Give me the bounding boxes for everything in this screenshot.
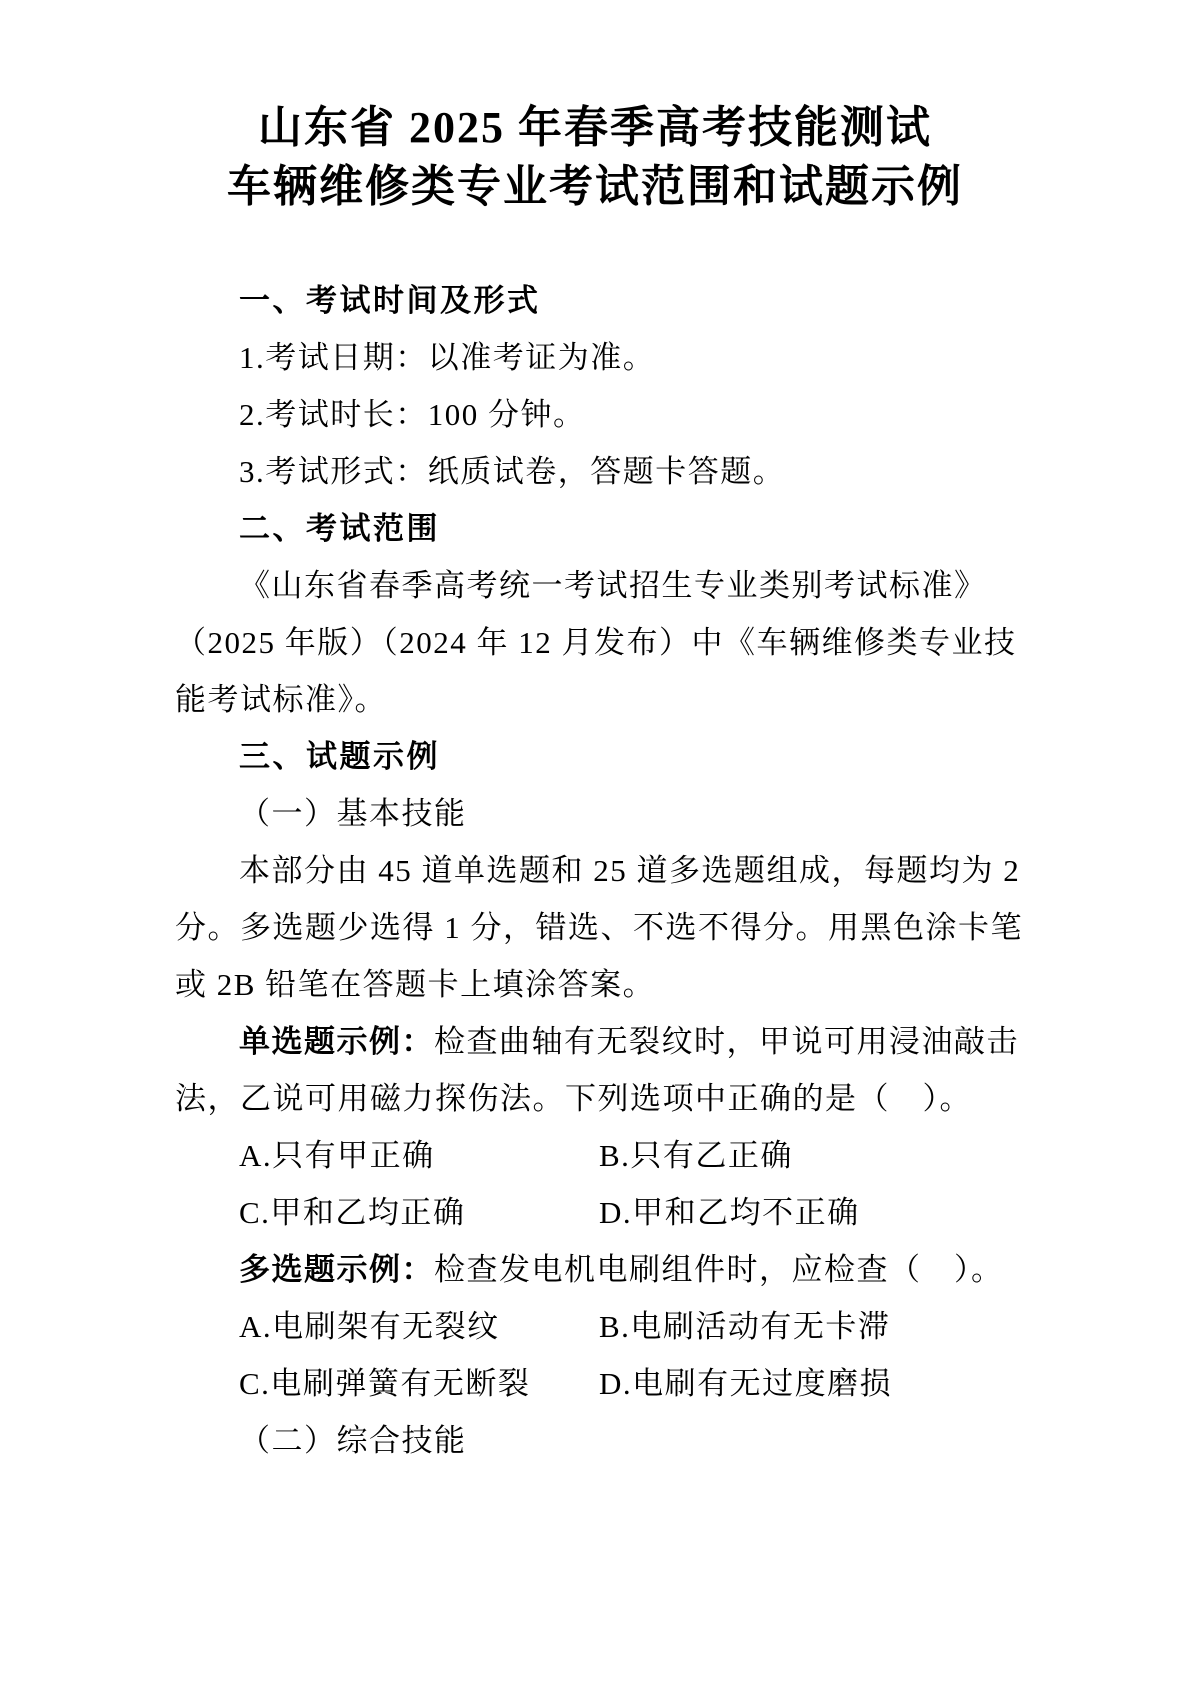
single-choice-option-c: C.甲和乙均正确 [239, 1184, 599, 1241]
section-heading-sample-questions: 三、试题示例 [175, 728, 980, 785]
single-choice-question-line-2: 法，乙说可用磁力探伤法。下列选项中正确的是（ ）。 [175, 1070, 980, 1127]
part-basic-heading: （一）基本技能 [175, 785, 980, 842]
multi-choice-options: A.电刷架有无裂纹 B.电刷活动有无卡滞 C.电刷弹簧有无断裂 D.电刷有无过度… [175, 1298, 980, 1412]
basic-intro-line-2: 分。多选题少选得 1 分，错选、不选不得分。用黑色涂卡笔 [175, 899, 980, 956]
multi-choice-option-d: D.电刷有无过度磨损 [599, 1355, 980, 1412]
single-choice-option-d: D.甲和乙均不正确 [599, 1184, 980, 1241]
document-page: 山东省 2025 年春季高考技能测试 车辆维修类专业考试范围和试题示例 一、考试… [0, 0, 1190, 1683]
exam-scope-line-2: （2025 年版）（2024 年 12 月发布）中《车辆维修类专业技 [175, 614, 980, 671]
document-content: 一、考试时间及形式 1.考试日期：以准考证为准。 2.考试时长：100 分钟。 … [175, 272, 980, 1469]
single-choice-option-a: A.只有甲正确 [239, 1127, 599, 1184]
multi-choice-option-b: B.电刷活动有无卡滞 [599, 1298, 980, 1355]
single-choice-question-text: 检查曲轴有无裂纹时，甲说可用浸油敲击 [434, 1024, 1019, 1059]
section-heading-exam-scope: 二、考试范围 [175, 500, 980, 557]
exam-format-item: 3.考试形式：纸质试卷，答题卡答题。 [175, 443, 980, 500]
single-choice-question-line-1: 单选题示例：检查曲轴有无裂纹时，甲说可用浸油敲击 [175, 1013, 980, 1070]
exam-date-item: 1.考试日期：以准考证为准。 [175, 329, 980, 386]
single-choice-options: A.只有甲正确 B.只有乙正确 C.甲和乙均正确 D.甲和乙均不正确 [175, 1127, 980, 1241]
part-comprehensive-heading: （二）综合技能 [175, 1412, 980, 1469]
title-line-2: 车辆维修类专业考试范围和试题示例 [0, 157, 1190, 216]
multi-choice-question-line: 多选题示例：检查发电机电刷组件时，应检查（ ）。 [175, 1241, 980, 1298]
single-choice-label: 单选题示例： [239, 1024, 434, 1059]
basic-intro-line-3: 或 2B 铅笔在答题卡上填涂答案。 [175, 956, 980, 1013]
exam-duration-item: 2.考试时长：100 分钟。 [175, 386, 980, 443]
exam-scope-line-1: 《山东省春季高考统一考试招生专业类别考试标准》 [175, 557, 980, 614]
section-heading-exam-time: 一、考试时间及形式 [175, 272, 980, 329]
multi-choice-question-text: 检查发电机电刷组件时，应检查（ ）。 [434, 1252, 1004, 1287]
multi-choice-label: 多选题示例： [239, 1252, 434, 1287]
title-line-1: 山东省 2025 年春季高考技能测试 [0, 98, 1190, 157]
multi-choice-option-a: A.电刷架有无裂纹 [239, 1298, 599, 1355]
exam-scope-line-3: 能考试标准》。 [175, 671, 980, 728]
document-title: 山东省 2025 年春季高考技能测试 车辆维修类专业考试范围和试题示例 [0, 0, 1190, 216]
multi-choice-option-c: C.电刷弹簧有无断裂 [239, 1355, 599, 1412]
basic-intro-line-1: 本部分由 45 道单选题和 25 道多选题组成，每题均为 2 [175, 842, 980, 899]
single-choice-option-b: B.只有乙正确 [599, 1127, 980, 1184]
